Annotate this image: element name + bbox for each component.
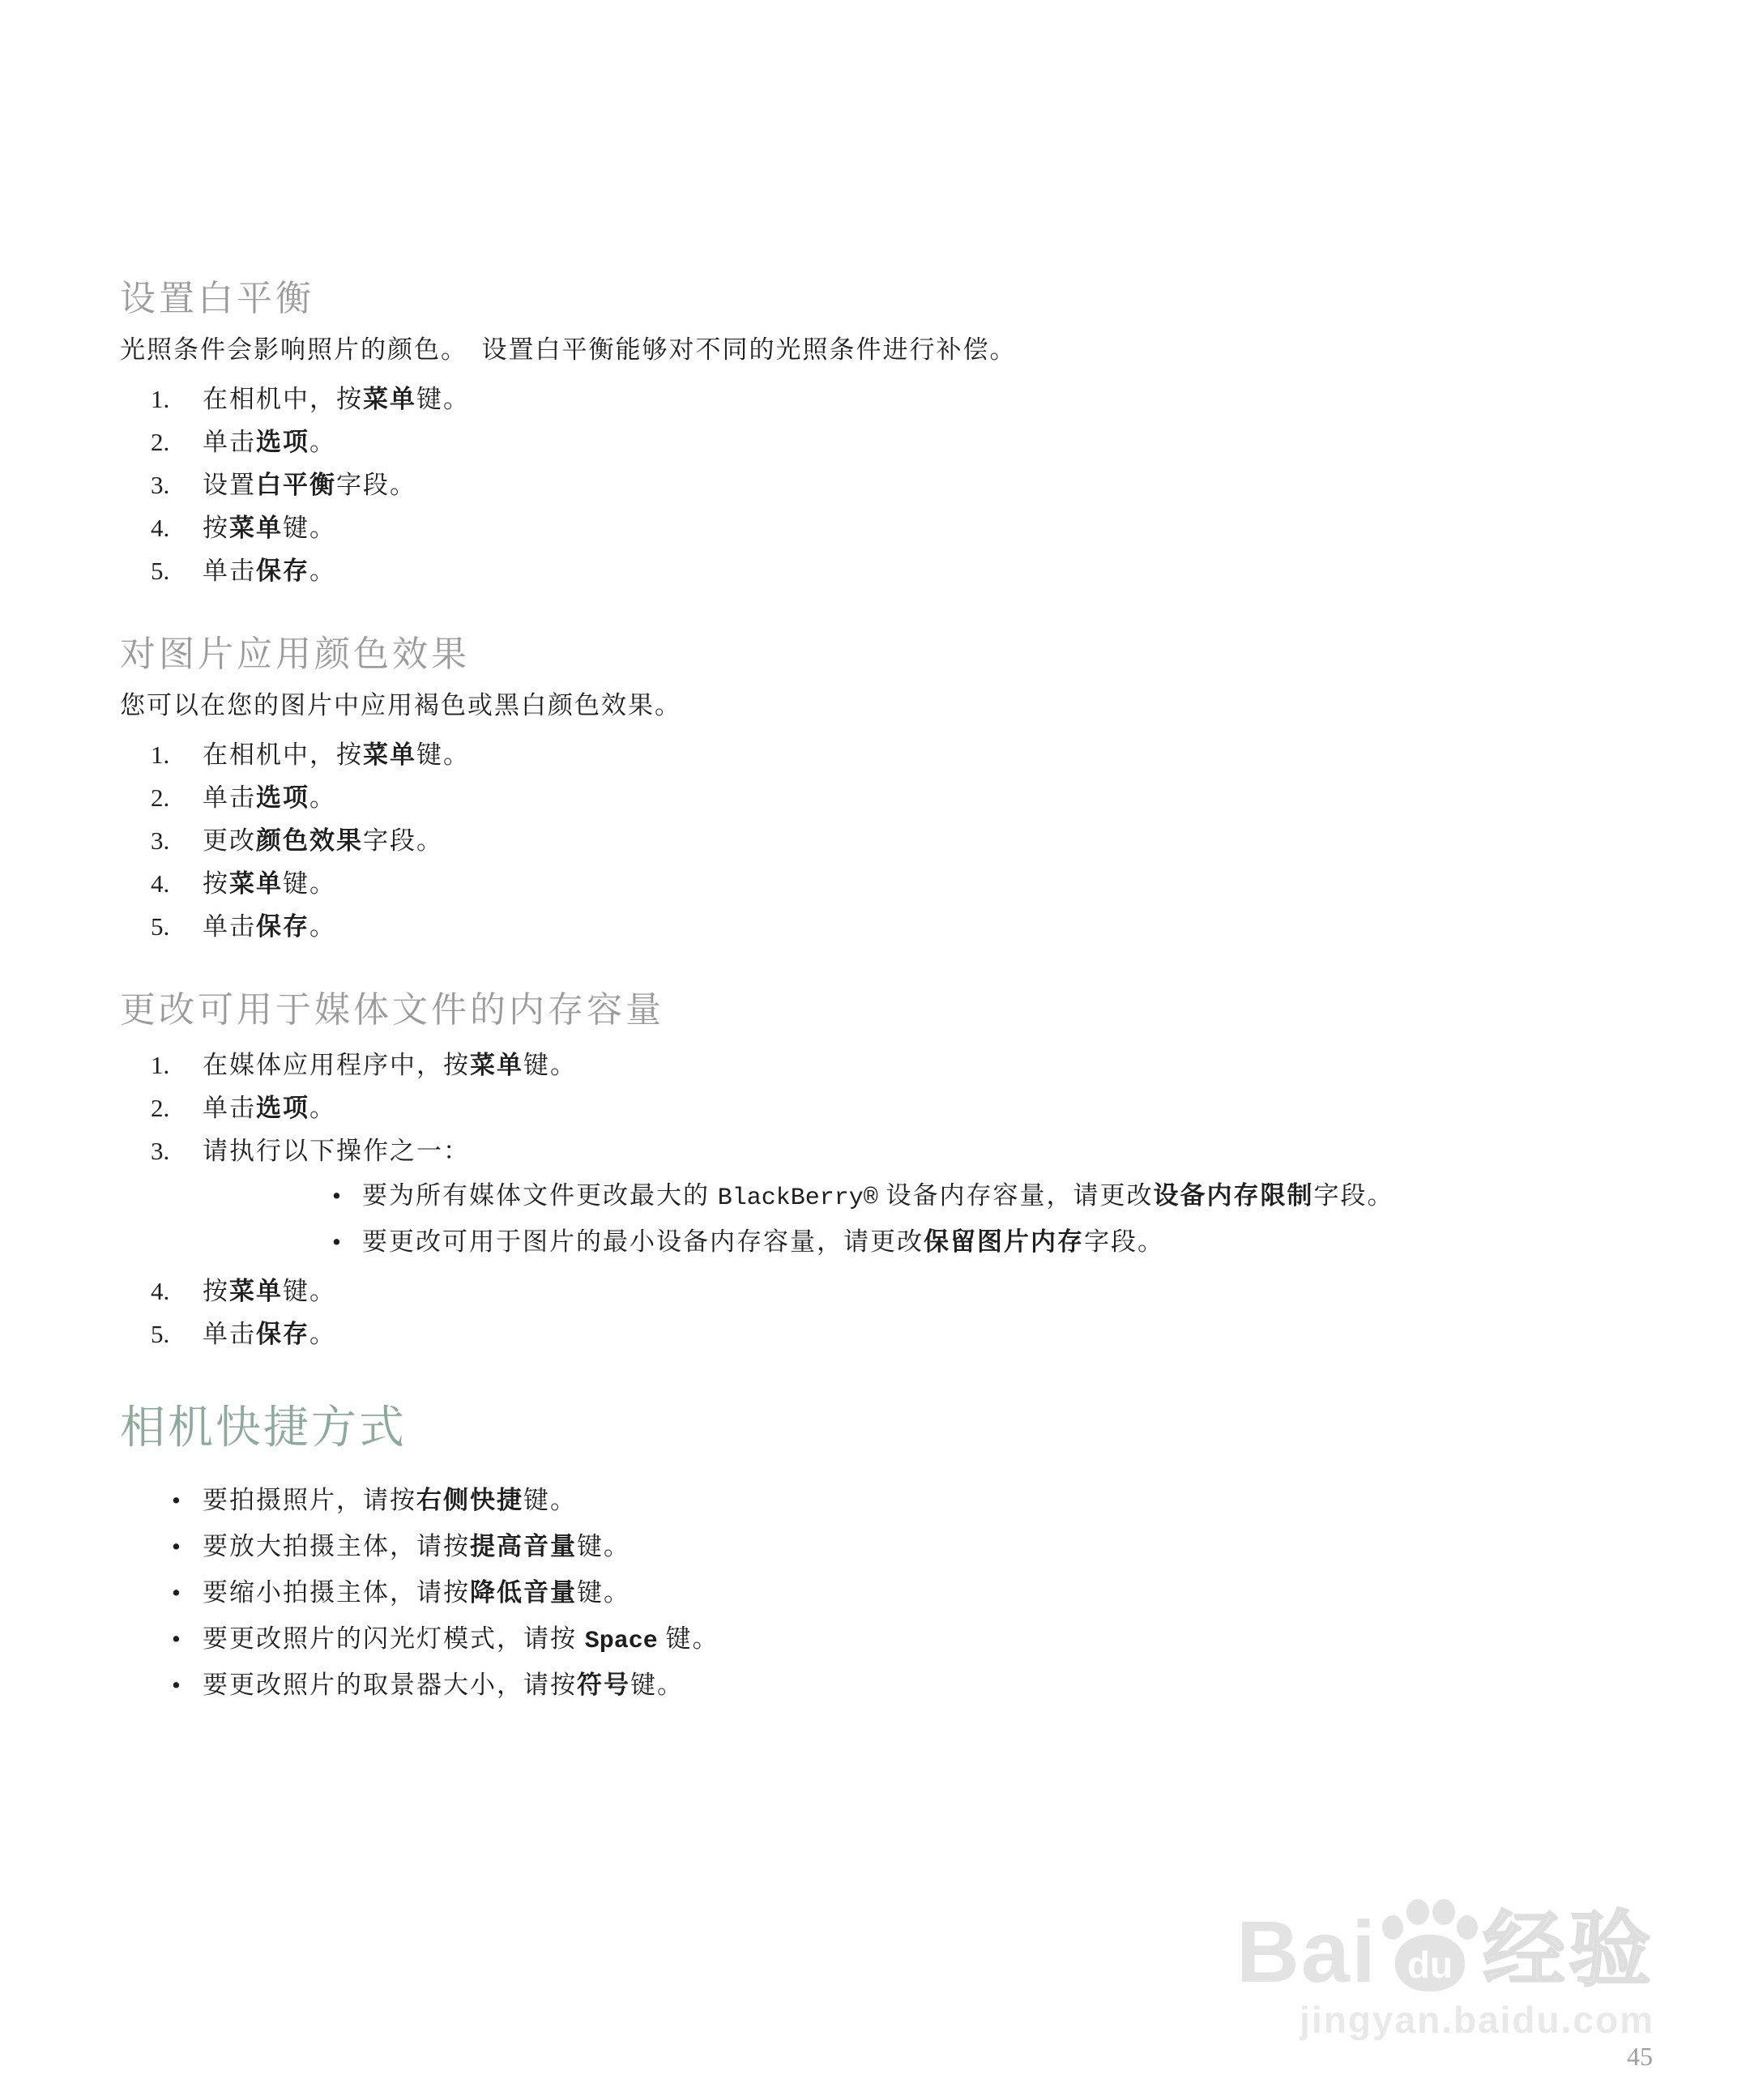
bullet-text: 键。 (658, 1624, 719, 1653)
step-text: 单击 (203, 428, 256, 456)
steps-list: 在相机中，按菜单键。 单击选项。 设置白平衡字段。 按菜单键。 单击保存。 (120, 378, 1659, 592)
step-text: 按 (203, 514, 229, 542)
section-title: 对图片应用颜色效果 (120, 631, 1659, 678)
jingyan-logo-text: 经验 (1483, 1910, 1654, 1991)
step-item: 按菜单键。 (120, 862, 1659, 905)
step-text: 按 (203, 1277, 229, 1305)
step-text: 在相机中，按 (203, 741, 363, 769)
baidu-logo-text: Bai (1236, 1911, 1377, 1991)
step-text: 。 (309, 428, 336, 456)
step-item: 单击选项。 (120, 1086, 1659, 1129)
section-color-effect: 对图片应用颜色效果 您可以在您的图片中应用褐色或黑白颜色效果。 在相机中，按菜单… (120, 631, 1659, 948)
step-keyword: 菜单 (229, 1277, 283, 1305)
shortcut-item: 要拍摄照片，请按右侧快捷键。 (120, 1479, 1659, 1525)
step-keyword: 选项 (256, 428, 309, 456)
step-text: 键。 (523, 1051, 577, 1079)
step-keyword: 菜单 (363, 741, 416, 769)
section-white-balance: 设置白平衡 光照条件会影响照片的颜色。 设置白平衡能够对不同的光照条件进行补偿。… (120, 275, 1659, 592)
step-text: 单击 (203, 912, 256, 941)
step-item: 单击保存。 (120, 1312, 1659, 1355)
step-text: 键。 (416, 385, 470, 413)
shortcut-item: 要缩小拍摄主体，请按降低音量键。 (120, 1571, 1659, 1617)
step-item: 在相机中，按菜单键。 (120, 378, 1659, 420)
step-text: 。 (309, 557, 336, 585)
bullet-text: 字段。 (1084, 1227, 1164, 1256)
bullet-text: 键。 (577, 1578, 630, 1607)
baidu-logo: Bai du 经验 (1236, 1894, 1654, 1991)
key-name: 右侧快捷 (416, 1486, 523, 1514)
step-item: 按菜单键。 (120, 506, 1659, 549)
bullet-text: 要更改照片的取景器大小，请按 (203, 1671, 577, 1699)
step-text: 单击 (203, 557, 256, 585)
section-title: 更改可用于媒体文件的内存容量 (120, 987, 1659, 1034)
shortcut-list: 要拍摄照片，请按右侧快捷键。 要放大拍摄主体，请按提高音量键。 要缩小拍摄主体，… (120, 1479, 1659, 1709)
step-text: 单击 (203, 1094, 256, 1122)
section-intro: 您可以在您的图片中应用褐色或黑白颜色效果。 (120, 688, 1659, 723)
baidu-jingyan-watermark: Bai du 经验 jingyan.baidu.com (1236, 1894, 1654, 2038)
shortcut-item: 要更改照片的闪光灯模式，请按 Space 键。 (120, 1617, 1659, 1663)
step-item: 单击选项。 (120, 776, 1659, 819)
step-text: 请执行以下操作之一： (203, 1137, 470, 1165)
sub-bullet-list: 要为所有媒体文件更改最大的 BlackBerry® 设备内存容量，请更改设备内存… (203, 1174, 1659, 1263)
steps-list: 在相机中，按菜单键。 单击选项。 更改颜色效果字段。 按菜单键。 单击保存。 (120, 733, 1659, 948)
step-text: 。 (309, 783, 336, 812)
brand-text: BlackBerry® (718, 1184, 878, 1212)
step-item: 设置白平衡字段。 (120, 463, 1659, 506)
step-keyword: 选项 (256, 783, 309, 812)
step-text: 字段。 (363, 826, 443, 855)
step-keyword: 菜单 (363, 385, 416, 413)
step-text: 按 (203, 869, 229, 898)
key-name-latin: Space (585, 1628, 658, 1655)
step-keyword: 选项 (256, 1094, 309, 1122)
page-number: 45 (1627, 2042, 1653, 2072)
step-item: 在相机中，按菜单键。 (120, 733, 1659, 776)
step-text: 单击 (203, 783, 256, 812)
page-content: 设置白平衡 光照条件会影响照片的颜色。 设置白平衡能够对不同的光照条件进行补偿。… (120, 275, 1659, 1709)
step-text: 在相机中，按 (203, 385, 363, 413)
step-text: 。 (309, 1094, 336, 1122)
step-item: 请执行以下操作之一： 要为所有媒体文件更改最大的 BlackBerry® 设备内… (120, 1129, 1659, 1263)
step-keyword: 保存 (256, 1320, 309, 1348)
document-page: 设置白平衡 光照条件会影响照片的颜色。 设置白平衡能够对不同的光照条件进行补偿。… (0, 0, 1750, 2100)
key-name: 符号 (577, 1671, 630, 1699)
step-item: 单击保存。 (120, 905, 1659, 948)
step-keyword: 菜单 (229, 869, 283, 898)
bullet-text: 键。 (523, 1486, 577, 1514)
step-text: 字段。 (336, 471, 416, 499)
step-keyword: 白平衡 (256, 471, 336, 499)
section-title: 设置白平衡 (120, 275, 1659, 322)
step-text: 设置 (203, 471, 256, 499)
bullet-text: 要放大拍摄主体，请按 (203, 1532, 470, 1560)
baidu-logo-du: du (1381, 1946, 1479, 1983)
shortcut-item: 要放大拍摄主体，请按提高音量键。 (120, 1525, 1659, 1571)
bullet-text: 字段。 (1314, 1181, 1394, 1210)
bullet-keyword: 设备内存限制 (1154, 1181, 1314, 1210)
step-text: 键。 (283, 1277, 336, 1305)
step-item: 单击选项。 (120, 420, 1659, 463)
baidu-paw-icon: du (1381, 1894, 1479, 1991)
bullet-text: 要更改可用于图片的最小设备内存容量，请更改 (362, 1227, 924, 1256)
key-name: 提高音量 (470, 1532, 577, 1560)
step-text: 键。 (283, 869, 336, 898)
step-keyword: 保存 (256, 912, 309, 941)
step-text: 。 (309, 1320, 336, 1348)
sub-bullet-item: 要为所有媒体文件更改最大的 BlackBerry® 设备内存容量，请更改设备内存… (203, 1174, 1659, 1220)
step-item: 更改颜色效果字段。 (120, 819, 1659, 862)
watermark-url: jingyan.baidu.com (1236, 2001, 1654, 2038)
step-keyword: 菜单 (229, 514, 283, 542)
step-item: 在媒体应用程序中，按菜单键。 (120, 1044, 1659, 1086)
section-camera-shortcuts: 相机快捷方式 要拍摄照片，请按右侧快捷键。 要放大拍摄主体，请按提高音量键。 要… (120, 1399, 1659, 1709)
sub-bullet-item: 要更改可用于图片的最小设备内存容量，请更改保留图片内存字段。 (203, 1220, 1659, 1263)
bullet-text: 键。 (577, 1532, 630, 1560)
bullet-text: 要为所有媒体文件更改最大的 (362, 1181, 718, 1210)
bullet-text: 设备内存容量，请更改 (878, 1181, 1154, 1210)
shortcut-item: 要更改照片的取景器大小，请按符号键。 (120, 1663, 1659, 1709)
page-title: 相机快捷方式 (120, 1399, 1659, 1458)
bullet-keyword: 保留图片内存 (924, 1227, 1084, 1256)
step-keyword: 颜色效果 (256, 826, 363, 855)
key-name: 降低音量 (470, 1578, 577, 1607)
bullet-text: 要拍摄照片，请按 (203, 1486, 416, 1514)
step-text: 单击 (203, 1320, 256, 1348)
bullet-text: 键。 (630, 1671, 684, 1699)
bullet-text: 要更改照片的闪光灯模式，请按 (203, 1624, 585, 1653)
section-media-memory: 更改可用于媒体文件的内存容量 在媒体应用程序中，按菜单键。 单击选项。 请执行以… (120, 987, 1659, 1355)
step-item: 按菜单键。 (120, 1270, 1659, 1312)
step-text: 在媒体应用程序中，按 (203, 1051, 470, 1079)
step-text: 键。 (283, 514, 336, 542)
step-keyword: 保存 (256, 557, 309, 585)
step-text: 更改 (203, 826, 256, 855)
section-intro: 光照条件会影响照片的颜色。 设置白平衡能够对不同的光照条件进行补偿。 (120, 332, 1659, 368)
step-item: 单击保存。 (120, 549, 1659, 592)
step-text: 。 (309, 912, 336, 941)
step-text: 键。 (416, 741, 470, 769)
bullet-text: 要缩小拍摄主体，请按 (203, 1578, 470, 1607)
step-keyword: 菜单 (470, 1051, 523, 1079)
steps-list: 在媒体应用程序中，按菜单键。 单击选项。 请执行以下操作之一： 要为所有媒体文件… (120, 1044, 1659, 1355)
